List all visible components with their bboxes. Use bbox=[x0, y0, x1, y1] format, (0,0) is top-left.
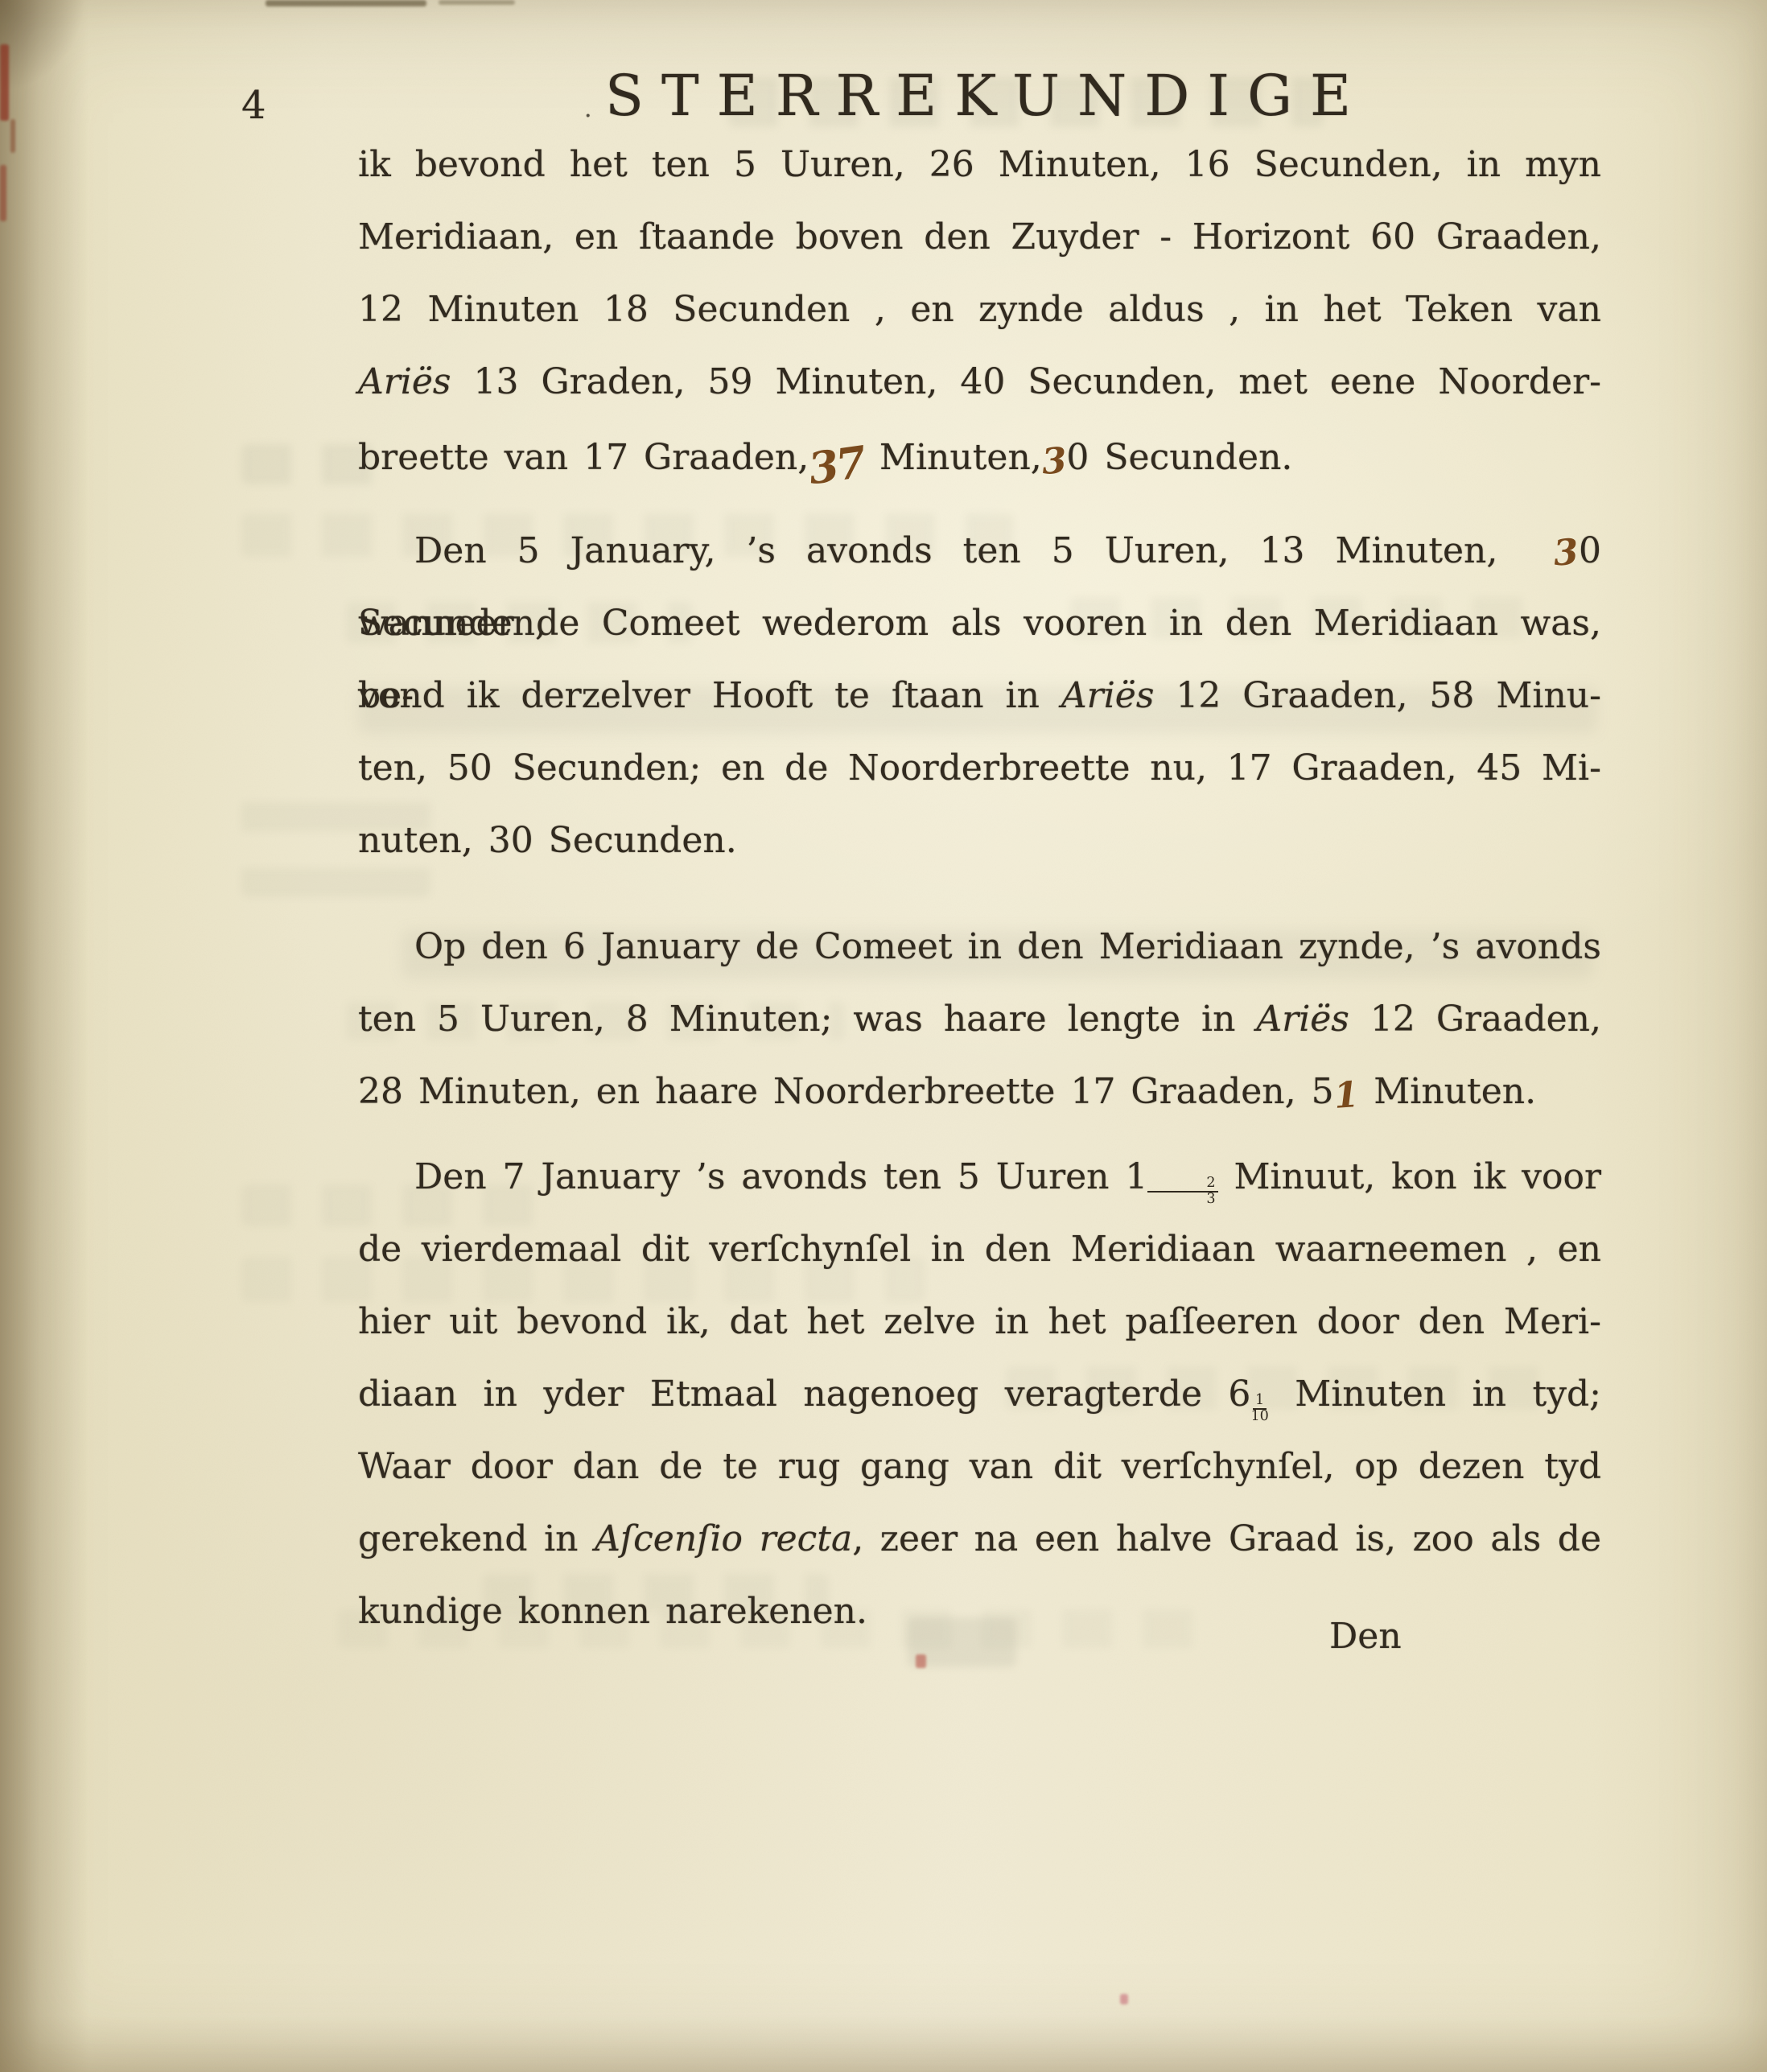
text-segment: , zeer na een halve Graad is, zoo als de bbox=[852, 1518, 1601, 1559]
ink-speck bbox=[10, 119, 15, 153]
edge-mark bbox=[266, 0, 426, 6]
text-segment: ten, 50 Secunden; en de Noorderbreette n… bbox=[358, 748, 1601, 789]
text-line: Meridiaan, en ſtaande boven den Zuyder -… bbox=[358, 201, 1601, 274]
ink-speck bbox=[0, 165, 6, 221]
page-number: 4 bbox=[241, 83, 266, 128]
handwritten-ink-annotation: 3 bbox=[1495, 517, 1581, 595]
text-line: ten, 50 Secunden; en de Noorderbreette n… bbox=[358, 732, 1601, 805]
text-segment: breette van 17 Graaden, bbox=[358, 437, 809, 478]
text-segment: ik bevond het ten 5 Uuren, 26 Minuten, 1… bbox=[358, 144, 1601, 185]
text-segment: Meridiaan, en ſtaande boven den Zuyder -… bbox=[358, 216, 1601, 257]
edge-mark bbox=[439, 0, 515, 5]
ink-speck bbox=[1120, 1994, 1128, 2004]
text-segment: 12 Minuten 18 Secunden , en zynde aldus … bbox=[358, 289, 1601, 330]
text-segment: Aſcenſio recta bbox=[595, 1518, 852, 1559]
text-line: hier uit bevond ik, dat het zelve in het… bbox=[358, 1286, 1601, 1358]
text-segment: Ariës bbox=[1061, 675, 1155, 716]
printed-fraction: 23 bbox=[1147, 1176, 1217, 1207]
text-segment: 12 Graaden, bbox=[1349, 999, 1601, 1040]
text-line: Den 5 January, ’s avonds ten 5 Uuren, 13… bbox=[358, 515, 1601, 587]
book-page-scan: 4 . STERREKUNDIGE ik bevond het ten 5 Uu… bbox=[0, 0, 1767, 2072]
text-line: Waar door dan de te rug gang van dit ver… bbox=[358, 1431, 1601, 1503]
text-line: 12 Minuten 18 Secunden , en zynde aldus … bbox=[358, 274, 1601, 346]
corner-shadow bbox=[0, 0, 97, 113]
text-segment: diaan in yder Etmaal nagenoeg veragterde… bbox=[358, 1374, 1250, 1415]
paragraph: Den 5 January, ’s avonds ten 5 Uuren, 13… bbox=[358, 515, 1601, 877]
text-segment: Minuut, kon ik voor bbox=[1218, 1156, 1601, 1197]
text-segment: Den 5 January, ’s avonds ten 5 Uuren, 13… bbox=[414, 530, 1497, 571]
text-line: ik bevond het ten 5 Uuren, 26 Minuten, 1… bbox=[358, 129, 1601, 201]
text-segment: Ariës bbox=[358, 361, 451, 402]
text-block: ik bevond het ten 5 Uuren, 26 Minuten, 1… bbox=[358, 129, 1601, 1648]
text-segment: 12 Graaden, 58 Minu- bbox=[1154, 675, 1601, 716]
binding-shadow bbox=[0, 0, 89, 2072]
running-title: STERREKUNDIGE bbox=[605, 63, 1369, 129]
text-line: breette van 17 Graaden,37 Minuten,30 Sec… bbox=[358, 418, 1601, 491]
text-segment: nuten, 30 Secunden. bbox=[358, 820, 737, 861]
title-stray-dot: . bbox=[584, 95, 592, 123]
text-segment: Den 7 January ’s avonds ten 5 Uuren 1 bbox=[414, 1156, 1147, 1197]
bottom-edge-shade bbox=[0, 2016, 1767, 2072]
text-segment: gerekend in bbox=[358, 1518, 595, 1559]
text-segment: 13 Graden, 59 Minuten, 40 Secunden, met … bbox=[451, 361, 1602, 402]
printed-fraction: 110 bbox=[1250, 1394, 1268, 1424]
text-line: diaan in yder Etmaal nagenoeg veragterde… bbox=[358, 1358, 1601, 1431]
text-line: wanneer de Comeet wederom als vooren in … bbox=[358, 587, 1601, 660]
text-line: kundige konnen narekenen. bbox=[358, 1576, 1601, 1648]
paragraph: Den 7 January ’s avonds ten 5 Uuren 123 … bbox=[358, 1141, 1601, 1648]
text-line: Op den 6 January de Comeet in den Meridi… bbox=[358, 911, 1601, 983]
text-segment: ten 5 Uuren, 8 Minuten; was haare lengte… bbox=[358, 999, 1256, 1040]
text-segment: kundige konnen narekenen. bbox=[358, 1591, 867, 1632]
ink-speck bbox=[916, 1654, 926, 1668]
text-line: nuten, 30 Secunden. bbox=[358, 805, 1601, 877]
text-segment: de vierdemaal dit verſchynſel in den Mer… bbox=[358, 1229, 1601, 1270]
text-segment: Waar door dan de te rug gang van dit ver… bbox=[358, 1446, 1601, 1487]
text-segment: 28 Minuten, en haare Noorderbreette 17 G… bbox=[358, 1071, 1334, 1112]
text-line: gerekend in Aſcenſio recta, zeer na een … bbox=[358, 1503, 1601, 1576]
text-line: 28 Minuten, en haare Noorderbreette 17 G… bbox=[358, 1056, 1601, 1128]
text-line: ten 5 Uuren, 8 Minuten; was haare lengte… bbox=[358, 983, 1601, 1056]
ink-speck bbox=[0, 44, 9, 121]
text-segment: vond ik derzelver Hooft te ſtaan in bbox=[358, 675, 1061, 716]
text-line: vond ik derzelver Hooft te ſtaan in Arië… bbox=[358, 660, 1601, 732]
text-segment: hier uit bevond ik, dat het zelve in het… bbox=[358, 1301, 1601, 1342]
text-line: de vierdemaal dit verſchynſel in den Mer… bbox=[358, 1213, 1601, 1286]
text-segment: Minuten in tyd; bbox=[1269, 1374, 1601, 1415]
text-line: Ariës 13 Graden, 59 Minuten, 40 Secunden… bbox=[358, 346, 1601, 418]
handwritten-ink-annotation: 3 bbox=[1040, 425, 1069, 499]
catchword: Den bbox=[1329, 1616, 1402, 1657]
paragraph: ik bevond het ten 5 Uuren, 26 Minuten, 1… bbox=[358, 129, 1601, 491]
handwritten-ink-annotation: 1 bbox=[1331, 1059, 1361, 1133]
text-segment: Op den 6 January de Comeet in den Meridi… bbox=[414, 926, 1601, 967]
text-segment: Minuten, bbox=[864, 437, 1042, 478]
paragraph: Op den 6 January de Comeet in den Meridi… bbox=[358, 911, 1601, 1128]
text-segment: 0 Secunden. bbox=[1066, 437, 1292, 478]
text-segment: Ariës bbox=[1256, 999, 1349, 1040]
text-line: Den 7 January ’s avonds ten 5 Uuren 123 … bbox=[358, 1141, 1601, 1213]
text-segment: Minuten. bbox=[1358, 1071, 1536, 1112]
handwritten-ink-annotation: 37 bbox=[804, 426, 869, 506]
